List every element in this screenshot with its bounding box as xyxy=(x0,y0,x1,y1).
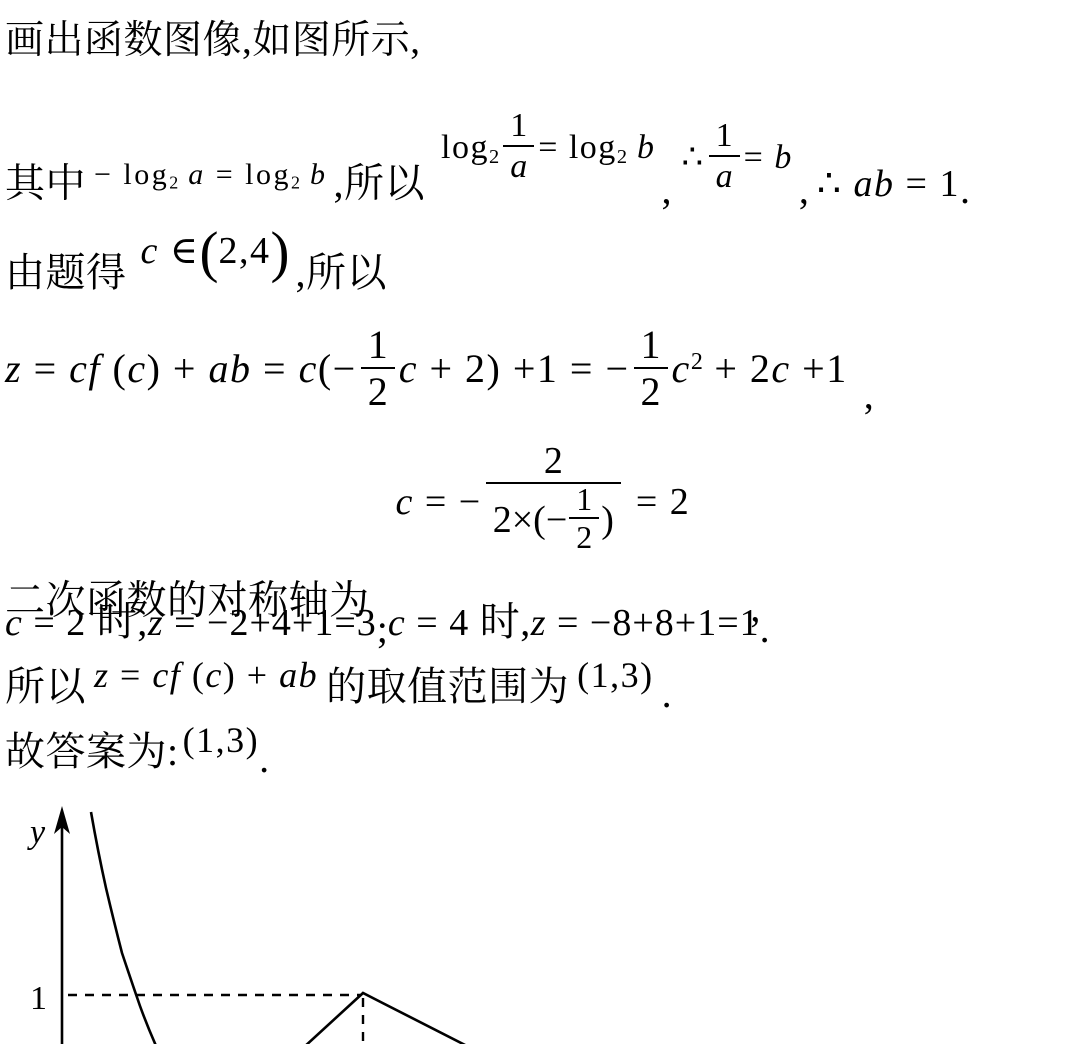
l6-math-c-equals-2: c = 2 xyxy=(5,602,97,644)
l7-text-range-label: 的取值范围为 xyxy=(326,664,569,709)
l2-text-qizhong: 其中 xyxy=(5,160,86,205)
l8-period: . xyxy=(259,736,269,781)
l2-text-suoyi: ,所以 xyxy=(334,160,426,205)
l6-text-shi-1: 时, xyxy=(97,599,148,644)
tick-label-1: 1 xyxy=(30,980,47,1017)
line-final-answer: 故答案为:(1,3). xyxy=(5,730,269,774)
log-curve xyxy=(91,812,157,1044)
line-c-interval: 由题得c ∈(2,4),所以 xyxy=(5,245,387,308)
l6-math-z-equals-1: z = −8+8+1=1 xyxy=(531,602,760,644)
l2-period: . xyxy=(960,167,970,212)
l7-math-z-expression: z = cf (c) + ab xyxy=(94,655,318,695)
line-range-conclusion: 所以z = cf (c) + ab的取值范围为(1,3). xyxy=(5,665,672,709)
line-z-expansion: z = cf (c) + ab = c(−12c + 2) +1 = −12c2… xyxy=(5,328,874,418)
l7-text-suoyi: 所以 xyxy=(5,664,86,709)
line-endpoint-values: c = 2 时,z = −2+4+1=3;c = 4 时,z = −8+8+1=… xyxy=(5,600,770,645)
math-solution-page: 画出函数图像,如图所示, 其中− log2 a = log2 b,所以log21… xyxy=(0,0,1080,1044)
l2-comma-2: , xyxy=(799,167,809,212)
l4-comma: , xyxy=(864,372,874,417)
l2-math-therefore-fraction: ∴1a= b xyxy=(682,139,793,176)
l2-math-ab-equals-1: ∴ ab = 1 xyxy=(817,163,960,205)
l2-comma-1: , xyxy=(662,167,672,212)
l3-text-yutide: 由题得 xyxy=(5,250,127,295)
function-graph: y 1 xyxy=(0,800,700,1044)
tent-function-line xyxy=(303,993,467,1044)
l6-math-c-equals-4: c = 4 xyxy=(388,602,480,644)
l3-text-suoyi: ,所以 xyxy=(295,250,387,295)
l2-math-neg-log: − log2 a = log2 b xyxy=(94,158,328,191)
l6-period: . xyxy=(760,606,770,651)
y-axis-label: y xyxy=(27,814,46,851)
l8-math-interval-1-3: (1,3) xyxy=(183,720,259,760)
l6-text-shi-2: 时, xyxy=(480,599,531,644)
statement-draw-graph: 画出函数图像,如图所示, xyxy=(5,20,421,63)
l7-period: . xyxy=(662,671,672,716)
l3-math-c-in-2-4: c ∈(2,4) xyxy=(141,230,290,272)
l6-math-z-equals-3: z = −2+4+1=3 xyxy=(148,602,377,644)
line-log-equation: 其中− log2 a = log2 b,所以log21a= log2 b,∴1a… xyxy=(5,150,970,227)
l5-math-vertex-formula: c = −22×(−12) = 2 xyxy=(396,481,691,523)
l2-math-log-fraction: log21a= log2 b xyxy=(441,129,655,166)
l7-math-interval-1-3: (1,3) xyxy=(577,655,653,695)
l8-text-answer-label: 故答案为: xyxy=(5,729,179,774)
l6-semicolon: ; xyxy=(377,606,388,651)
l4-math-z-quadratic: z = cf (c) + ab = c(−12c + 2) +1 = −12c2… xyxy=(5,346,848,391)
